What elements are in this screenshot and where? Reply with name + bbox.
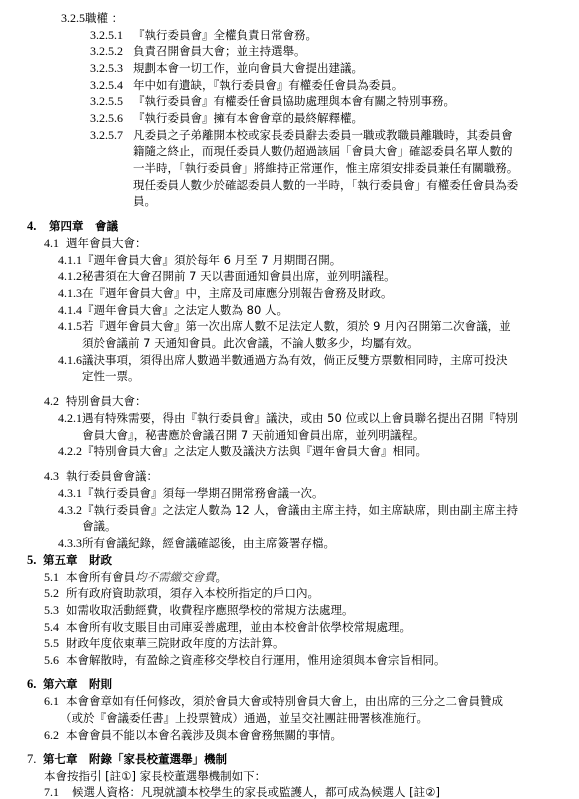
italic-note: 均不需繳交會費 [135, 570, 216, 584]
clause-3-2-5-6: 3.2.5.6『執行委員會』擁有本會會章的最終解釋權。 [90, 110, 363, 126]
clause-4-1-3: 4.1.3在『週年會員大會』中，主席及司庫應分別報告會務及財政。 [58, 285, 393, 301]
clause-4-3-1: 4.3.1『執行委員會』須每一學期召開常務會議一次。 [58, 485, 324, 501]
clause-3-2-5-7-cont: 現任委員人數少於確認委員人數的一半時，「執行委員會」有權委任會員為委 [133, 177, 518, 193]
clause-7-1: 7.1候選人資格：凡現就讀本校學生的家長或監護人，都可成為候選人 [註②] [44, 784, 440, 799]
section-4-3-heading: 4.3執行委員會會議： [44, 468, 158, 484]
section-4-1-heading: 4.1週年會員大會： [44, 235, 147, 251]
section-4-2-heading: 4.2特別會員大會： [44, 393, 147, 409]
clause-5-1: 5.1本會所有會員均不需繳交會費。 [44, 569, 227, 585]
clause-4-1-5-cont: 須於會議前 7 天通知會員。此次會議，不論人數多少，均屬有效。 [82, 335, 419, 351]
clause-3-2-5-2: 3.2.5.2負責召開會員大會；並主持選舉。 [90, 43, 306, 59]
chapter-6-heading: 6.第六章 附則 [27, 676, 112, 692]
clause-6-1-cont: （或於『會議委任書』上投票贊成）通過，並呈交社團註冊署核准施行。 [60, 710, 428, 726]
clause-5-5: 5.5財政年度依東華三院財政年度的方法計算。 [44, 635, 285, 651]
clause-4-2-1-cont: 會員大會』，秘書應於會議召開 7 天前通知會員出席，並列明議程。 [82, 427, 424, 443]
clause-3-2-5-7-cont: 籍隨之終止，而現任委員人數仍超過該屆「會員大會」確認委員名單人數的 [133, 143, 513, 159]
clause-4-1-6-cont: 定性一票。 [82, 368, 140, 384]
clause-4-1-2: 4.1.2秘書須在大會召開前 7 天以書面通知會員出席，並列明議程。 [58, 268, 396, 284]
section-heading-3-2-5: 3.2.5職權 ： [61, 10, 123, 26]
clause-4-3-2-cont: 會議。 [82, 518, 117, 534]
clause-3-2-5-7-cont: 員。 [133, 193, 156, 209]
clause-4-1-4: 4.1.4『週年會員大會』之法定人數為 80 人。 [58, 302, 288, 318]
clause-4-1-1: 4.1.1『週年會員大會』須於每年 6 月至 7 月期間召開。 [58, 252, 341, 268]
clause-3-2-5-5: 3.2.5.5『執行委員會』有權委任會員協助處理與本會有關之特別事務。 [90, 93, 455, 109]
clause-4-2-1: 4.2.1遇有特殊需要，得由『執行委員會』議決，或由 50 位或以上會員聯名提出… [58, 410, 518, 426]
clause-4-3-2: 4.3.2『執行委員會』之法定人數為 12 人，會議由主席主持，如主席缺席，則由… [58, 502, 518, 518]
chapter-7-heading: 7.第七章 附錄「家長校董選舉」機制 [27, 751, 227, 767]
clause-3-2-5-4: 3.2.5.4年中如有遺缺，『執行委員會』有權委任會員為委員。 [90, 77, 403, 93]
clause-3-2-5-7-cont: 一半時，「執行委員會」將維持正常運作，惟主席須安排委員兼任有關職務。 [133, 160, 518, 176]
clause-5-3: 5.3如需收取活動經費，收費程序應照學校的常規方法處理。 [44, 602, 354, 618]
clause-5-4: 5.4本會所有收支賬目由司庫妥善處理，並由本校會計依學校常規處理。 [44, 619, 411, 635]
chapter-7-intro: 本會按指引 [註①] 家長校董選舉機制如下： [44, 768, 266, 784]
clause-6-2: 6.2本會會員不能以本會名義涉及與本會會務無關的事情。 [44, 727, 342, 743]
clause-6-1: 6.1本會會章如有任何修改，須於會員大會或特別會員大會上，由出席的三分之二會員贊… [44, 693, 503, 709]
clause-3-2-5-1: 3.2.5.1『執行委員會』全權負責日常會務。 [90, 27, 317, 43]
clause-3-2-5-7: 3.2.5.7凡委員之子弟離開本校或家長委員辭去委員一職或教職員離職時，其委員會 [90, 127, 513, 143]
chapter-5-heading: 5.第五章 財政 [27, 552, 112, 568]
clause-5-6: 5.6本會解散時，有盈餘之資產移交學校自行運用，惟用途須與本會宗旨相同。 [44, 652, 446, 668]
clause-5-2: 5.2所有政府資助款項，須存入本校所指定的戶口內。 [44, 585, 319, 601]
clause-3-2-5-3: 3.2.5.3規劃本會一切工作，並向會員大會提出建議。 [90, 60, 363, 76]
clause-4-1-5: 4.1.5若『週年會員大會』第一次出席人數不足法定人數，須於 9 月內召開第二次… [58, 318, 511, 334]
chapter-4-heading: 4.第四章 會議 [27, 218, 118, 234]
clause-4-1-6: 4.1.6議決事項，須得出席人數過半數通過方為有效，倘正反雙方票數相同時，主席可… [58, 352, 508, 368]
clause-4-2-2: 4.2.2『特別會員大會』之法定人數及議決方法與『週年會員大會』相同。 [58, 443, 427, 459]
clause-4-3-3: 4.3.3所有會議紀錄，經會議確認後，由主席簽署存檔。 [58, 535, 335, 551]
